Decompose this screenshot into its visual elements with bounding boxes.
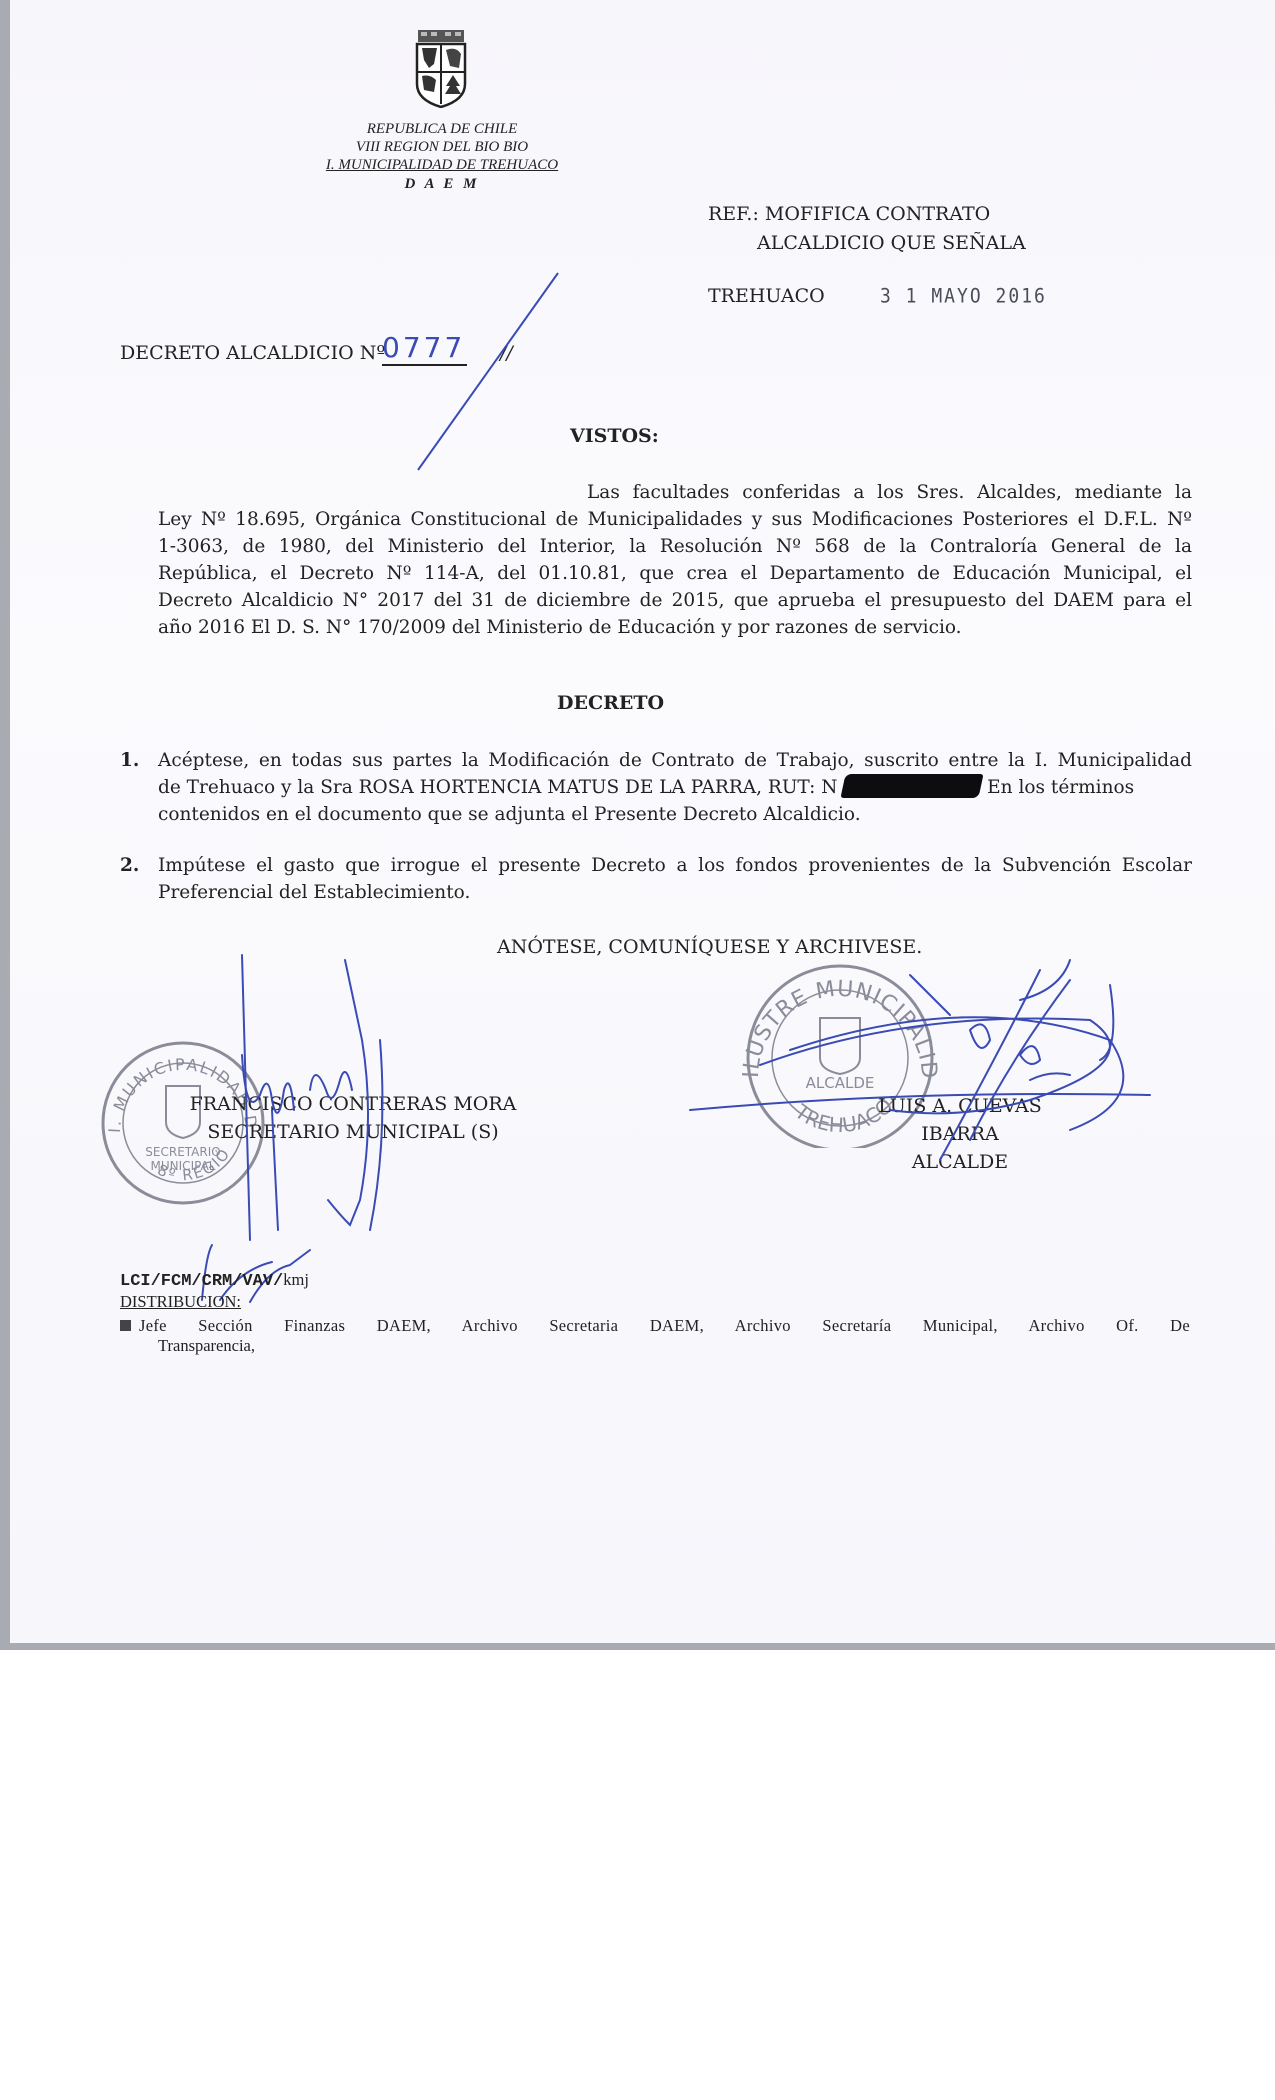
distribution-text: Transparencia, [120,1336,1190,1356]
initials-reference: LCI/FCM/CRM/VAV/kmj [120,1270,309,1291]
bullet-icon [120,1320,131,1331]
distribution-list: Jefe Sección Finanzas DAEM, Archivo Secr… [120,1316,1190,1356]
initials-typist: kmj [283,1270,309,1289]
distribution-label: DISTRIBUCION: [120,1292,241,1312]
initials-bold: LCI/FCM/CRM/VAV/ [120,1272,283,1291]
document-page: REPUBLICA DE CHILE VIII REGION DEL BIO B… [10,0,1275,1643]
distribution-text: Jefe Sección Finanzas DAEM, Archivo Secr… [139,1316,1190,1336]
handwritten-signatures-decorative [10,0,1275,1650]
